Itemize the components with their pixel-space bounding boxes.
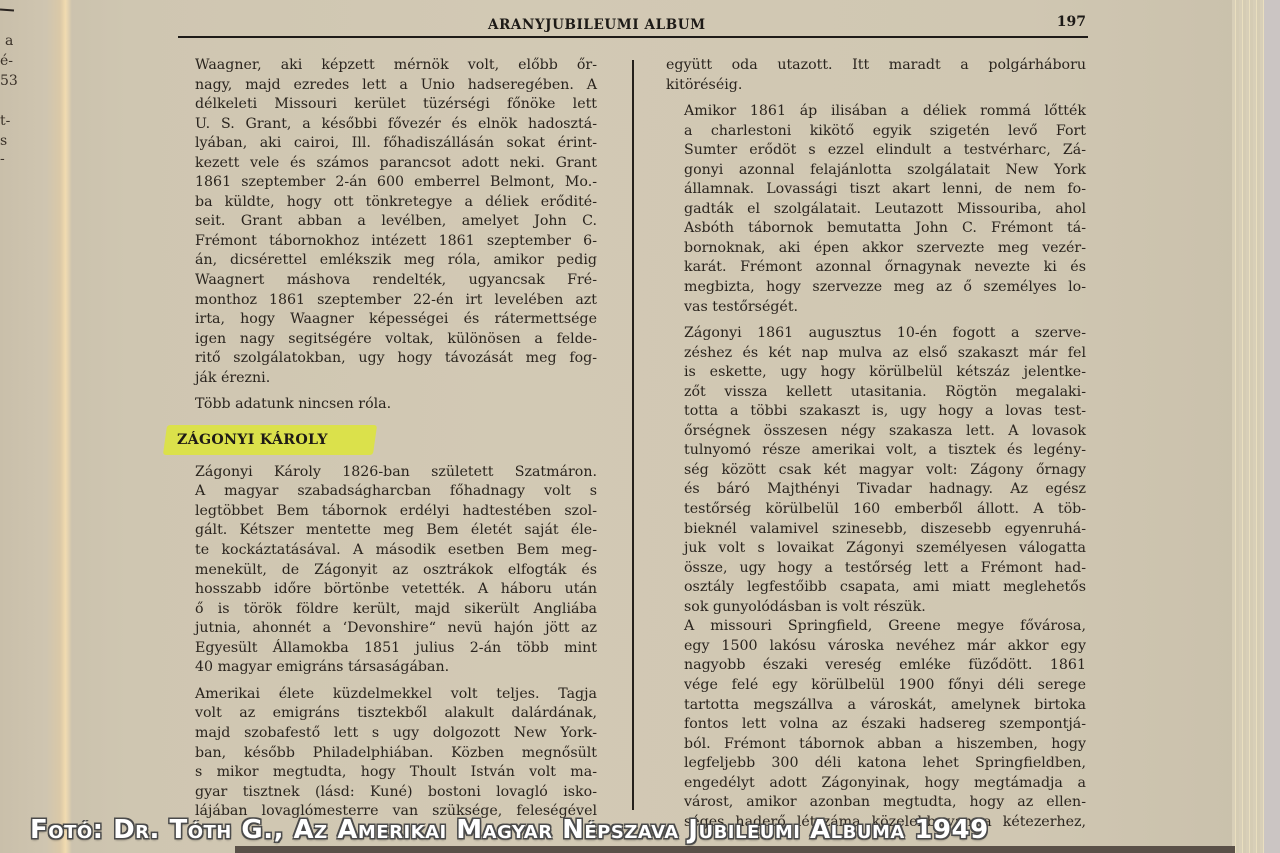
book-gutter (60, 0, 72, 853)
section-heading: ZÁGONYI KÁROLY (177, 431, 328, 451)
text-line: majd szobafestő lett s ugy dolgozott New… (177, 724, 597, 744)
text-line: U. S. Grant, a későbbi fővezér és elnök … (177, 115, 597, 135)
text-line: és báró Majthényi Tivadar hadnagy. Az eg… (666, 480, 1086, 500)
text-line: A missouri Springfield, Greene megye főv… (666, 617, 1086, 637)
text-line: gált. Kétszer mentette meg Bem életét sa… (177, 521, 597, 541)
text-line: délkeleti Missouri kerület tüzérségi főn… (177, 95, 597, 115)
left-column: Waagner, aki képzett mérnök volt, előbb … (177, 56, 597, 822)
paragraph-american-life: Amerikai élete küzdelmekkel volt teljes.… (177, 685, 597, 822)
background-surface (1264, 0, 1280, 853)
text-line: Egyesült Államokba 1851 julius 2-án több… (177, 639, 597, 659)
text-line: Amikor 1861 áp ilisában a déliek rommá l… (666, 102, 1086, 122)
text-line: megbizta, hogy szervezze meg az ő személ… (666, 278, 1086, 298)
previous-page-rule (0, 9, 14, 12)
text-line: nagyobb északi vereség emléke füződött. … (666, 656, 1086, 676)
page-edges (1232, 0, 1264, 853)
right-column: együtt oda utazott. Itt maradt a polgárh… (666, 56, 1086, 832)
text-line: seit. Grant abban a levélben, amelyet Jo… (177, 212, 597, 232)
text-line: tartotta megszállva a városkát, amelynek… (666, 696, 1086, 716)
text-line: vége felé egy körülbelül 1900 főnyi déli… (666, 676, 1086, 696)
text-line: lyában, aki cairoi, Ill. főhadiszállásán… (177, 134, 597, 154)
text-line: államnak. Lovassági tiszt akart lenni, d… (666, 180, 1086, 200)
text-line: Zágonyi 1861 augusztus 10-én fogott a sz… (666, 324, 1086, 344)
text-line: Több adatunk nincsen róla. (177, 395, 597, 415)
text-line: monthoz 1861 szeptember 22-én irt levelé… (177, 291, 597, 311)
text-line: gonyi azonnal felajánlotta szolgálatait … (666, 161, 1086, 181)
prev-page-fragment: a (5, 34, 13, 48)
text-line: ják érezni. (177, 369, 597, 389)
paragraph-waagner: Waagner, aki képzett mérnök volt, előbb … (177, 56, 597, 388)
prev-page-fragment: t- (0, 114, 10, 128)
previous-page-edge: a é- 53 t- s - (0, 0, 66, 853)
text-line: fontos lett volna az északi hadsereg sze… (666, 715, 1086, 735)
paragraph-springfield: A missouri Springfield, Greene megye főv… (666, 617, 1086, 832)
text-line: jutnia, ahonnét a ‘Devonshire“ nevü hajó… (177, 619, 597, 639)
text-line: hosszabb időre börtönbe vetették. A hábo… (177, 580, 597, 600)
text-line: vas testőrségét. (666, 298, 1086, 318)
text-line: ség között csak két magyar volt: Zágony … (666, 461, 1086, 481)
text-line: ritő szolgálatokban, ugy hogy távozását … (177, 349, 597, 369)
paragraph-no-more-data: Több adatunk nincsen róla. (177, 395, 597, 415)
text-line: legtöbbet Bem tábornok erdélyi hadtestéb… (177, 502, 597, 522)
text-line: Zágonyi Károly 1826-ban született Szatmá… (177, 463, 597, 483)
text-line: 40 magyar emigráns társaságában. (177, 658, 597, 678)
text-line: menekült, de Zágonyit az osztrákok elfog… (177, 561, 597, 581)
text-line: kezett vele és számos parancsot adott ne… (177, 154, 597, 174)
prev-page-fragment: - (0, 152, 5, 166)
text-line: nagy, majd ezredes lett a Unio hadseregé… (177, 76, 597, 96)
prev-page-fragment: 53 (0, 74, 18, 88)
text-line: össze, ugy hogy a testőrség lett a Frémo… (666, 559, 1086, 579)
text-line: karát. Frémont azonnal őrnagynak nevezte… (666, 258, 1086, 278)
text-line: őrségnek összesen négy szakasza lett. A … (666, 422, 1086, 442)
section-heading-block: ZÁGONYI KÁROLY (165, 425, 597, 455)
text-line: tulnyomó része amerikai volt, a tisztek … (666, 441, 1086, 461)
text-line: a charlestoni kikötő egyik szigetén levő… (666, 122, 1086, 142)
text-line: bieknél valamivel szinesebb, diszesebb e… (666, 520, 1086, 540)
text-line: együtt oda utazott. Itt maradt a polgárh… (666, 56, 1086, 76)
page-number: 197 (1057, 14, 1086, 30)
text-line: Waagner, aki képzett mérnök volt, előbb … (177, 56, 597, 76)
photo-credit-caption: Fotó: Dr. Tóth G., Az Amerikai Magyar Né… (30, 815, 989, 845)
text-line: bornoknak, aki épen akkor szervezte meg … (666, 239, 1086, 259)
text-line: 1861 szeptember 2-án 600 emberrel Belmon… (177, 173, 597, 193)
column-divider (632, 60, 634, 810)
paragraph-fort-sumter: Amikor 1861 áp ilisában a déliek rommá l… (666, 102, 1086, 317)
text-line: legfeljebb 300 déli katona lehet Springf… (666, 754, 1086, 774)
text-line: ból. Frémont tábornok abban a hiszemben,… (666, 735, 1086, 755)
text-line: ba küldte, hogy ott tönkretegye a déliek… (177, 193, 597, 213)
book-photo: a é- 53 t- s - ARANYJUBILEUMI ALBUM 197 … (0, 0, 1280, 853)
text-line: ban, később Philadelphiában. Közben megn… (177, 744, 597, 764)
page-bottom-shadow (235, 846, 1235, 853)
prev-page-fragment: é- (0, 54, 13, 68)
text-line: zéshez és két nap mulva az első szakaszt… (666, 344, 1086, 364)
text-line: is eskette, ugy hogy körülbelül kétszáz … (666, 363, 1086, 383)
text-line: gadták el szolgálatait. Leutazott Missou… (666, 200, 1086, 220)
text-line: Waagnert máshova rendelték, ugyancsak Fr… (177, 271, 597, 291)
header-rule (178, 36, 1088, 38)
text-line: volt az emigráns tisztekből alakult dalá… (177, 704, 597, 724)
prev-page-fragment: s (0, 134, 7, 148)
paragraph-zagonyi-bio: Zágonyi Károly 1826-ban született Szatmá… (177, 463, 597, 678)
text-line: te kockáztatásával. A második esetben Be… (177, 541, 597, 561)
text-line: várost, amikor azonban megtudta, hogy az… (666, 793, 1086, 813)
text-line: osztály legfestőibb csapata, ami miatt m… (666, 578, 1086, 598)
text-line: Frémont tábornokhoz intézett 1861 szepte… (177, 232, 597, 252)
text-line: irta, hogy Waagner képességei és ráterme… (177, 310, 597, 330)
running-header: ARANYJUBILEUMI ALBUM 197 (178, 14, 1088, 36)
text-line: sok gunyolódásban is volt részük. (666, 598, 1086, 618)
text-line: totta a többi szakaszt is, ugy hogy a lo… (666, 402, 1086, 422)
running-header-title: ARANYJUBILEUMI ALBUM (488, 17, 706, 33)
text-line: ő is török földre került, majd sikerült … (177, 600, 597, 620)
text-line: juk volt s lovaikat Zágonyi személyesen … (666, 539, 1086, 559)
text-line: án, dicsérettel emlékszik meg róla, amik… (177, 251, 597, 271)
text-line: Sumter erődöt s ezzel elindult a testvér… (666, 141, 1086, 161)
paragraph-continued: együtt oda utazott. Itt maradt a polgárh… (666, 56, 1086, 95)
text-line: s mikor megtudta, hogy Thoult István vol… (177, 763, 597, 783)
text-line: Amerikai élete küzdelmekkel volt teljes.… (177, 685, 597, 705)
text-line: gyar tisztnek (lásd: Kuné) bostoni lovag… (177, 783, 597, 803)
paragraph-bodyguard: Zágonyi 1861 augusztus 10-én fogott a sz… (666, 324, 1086, 617)
text-line: igen nagy segitségére voltak, különösen … (177, 330, 597, 350)
text-line: testőrség körülbelül 160 emberből állott… (666, 500, 1086, 520)
text-line: kitöréséig. (666, 76, 1086, 96)
text-line: zőt vissza kellett utasitania. Rögtön me… (666, 383, 1086, 403)
text-line: engedélyt adott Zágonyinak, hogy megtáma… (666, 774, 1086, 794)
text-line: egy 1500 lakósu városka nevéhez már akko… (666, 637, 1086, 657)
text-line: A magyar szabadságharcban főhadnagy volt… (177, 482, 597, 502)
text-line: Asbóth tábornok bemutatta John C. Frémon… (666, 219, 1086, 239)
